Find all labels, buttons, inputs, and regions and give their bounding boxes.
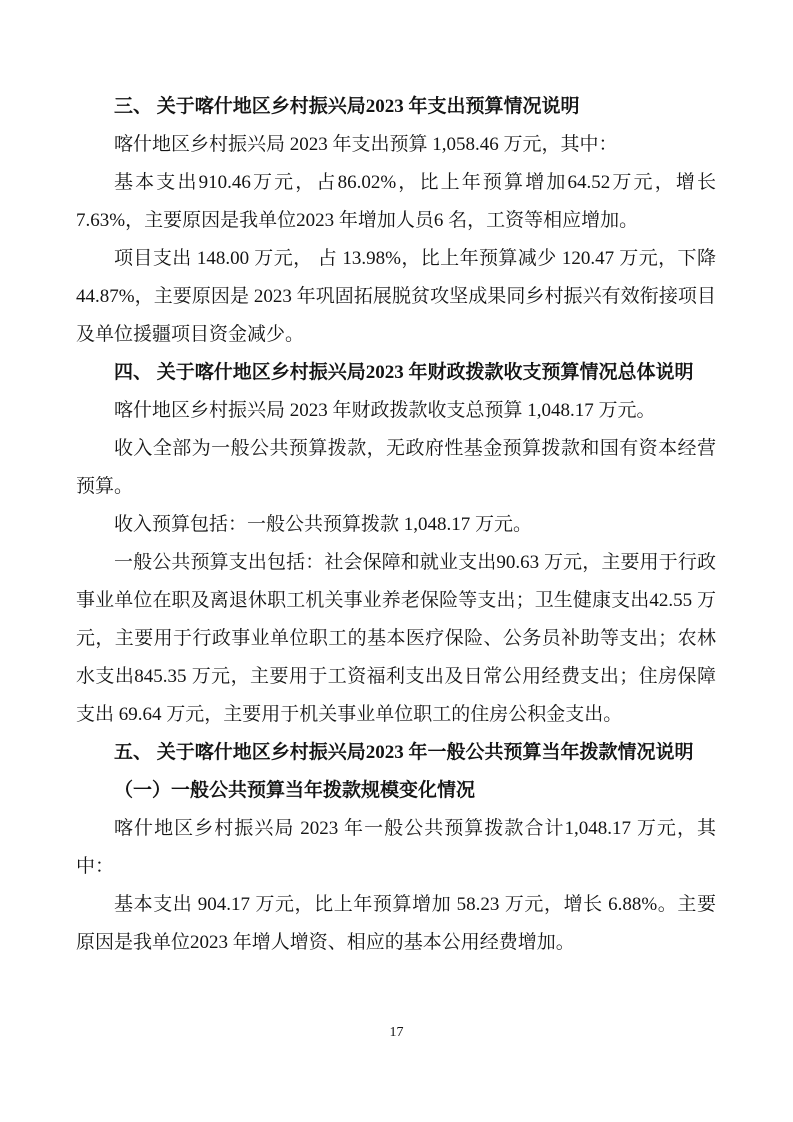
- paragraph-income-source: 收入全部为一般公共预算拨款，无政府性基金预算拨款和国有资本经营预算。: [76, 430, 716, 506]
- paragraph-basic-expenditure: 基本支出910.46万元，占86.02%，比上年预算增加64.52万元，增长7.…: [76, 164, 716, 240]
- paragraph-expenditure-total: 喀什地区乡村振兴局 2023 年支出预算 1,058.46 万元，其中：: [76, 126, 716, 164]
- paragraph-income-budget: 收入预算包括：一般公共预算拨款 1,048.17 万元。: [76, 506, 716, 544]
- page-number: 17: [0, 1024, 793, 1042]
- document-content: 三、 关于喀什地区乡村振兴局2023 年支出预算情况说明 喀什地区乡村振兴局 2…: [76, 88, 716, 962]
- paragraph-fiscal-appropriation-total: 喀什地区乡村振兴局 2023 年财政拨款收支总预算 1,048.17 万元。: [76, 392, 716, 430]
- paragraph-basic-allocation-change: 基本支出 904.17 万元，比上年预算增加 58.23 万元，增长 6.88%…: [76, 886, 716, 962]
- paragraph-allocation-total: 喀什地区乡村振兴局 2023 年一般公共预算拨款合计1,048.17 万元，其中…: [76, 810, 716, 886]
- document-page: 三、 关于喀什地区乡村振兴局2023 年支出预算情况说明 喀什地区乡村振兴局 2…: [0, 0, 793, 1122]
- section-four-heading: 四、 关于喀什地区乡村振兴局2023 年财政拨款收支预算情况总体说明: [76, 354, 716, 392]
- section-three-heading: 三、 关于喀什地区乡村振兴局2023 年支出预算情况说明: [76, 88, 716, 126]
- section-five-heading: 五、 关于喀什地区乡村振兴局2023 年一般公共预算当年拨款情况说明: [76, 734, 716, 772]
- subsection-one-heading: （一）一般公共预算当年拨款规模变化情况: [76, 772, 716, 810]
- paragraph-project-expenditure: 项目支出 148.00 万元， 占 13.98%，比上年预算减少 120.47 …: [76, 240, 716, 354]
- paragraph-public-budget-expenditure-breakdown: 一般公共预算支出包括：社会保障和就业支出90.63 万元，主要用于行政事业单位在…: [76, 544, 716, 734]
